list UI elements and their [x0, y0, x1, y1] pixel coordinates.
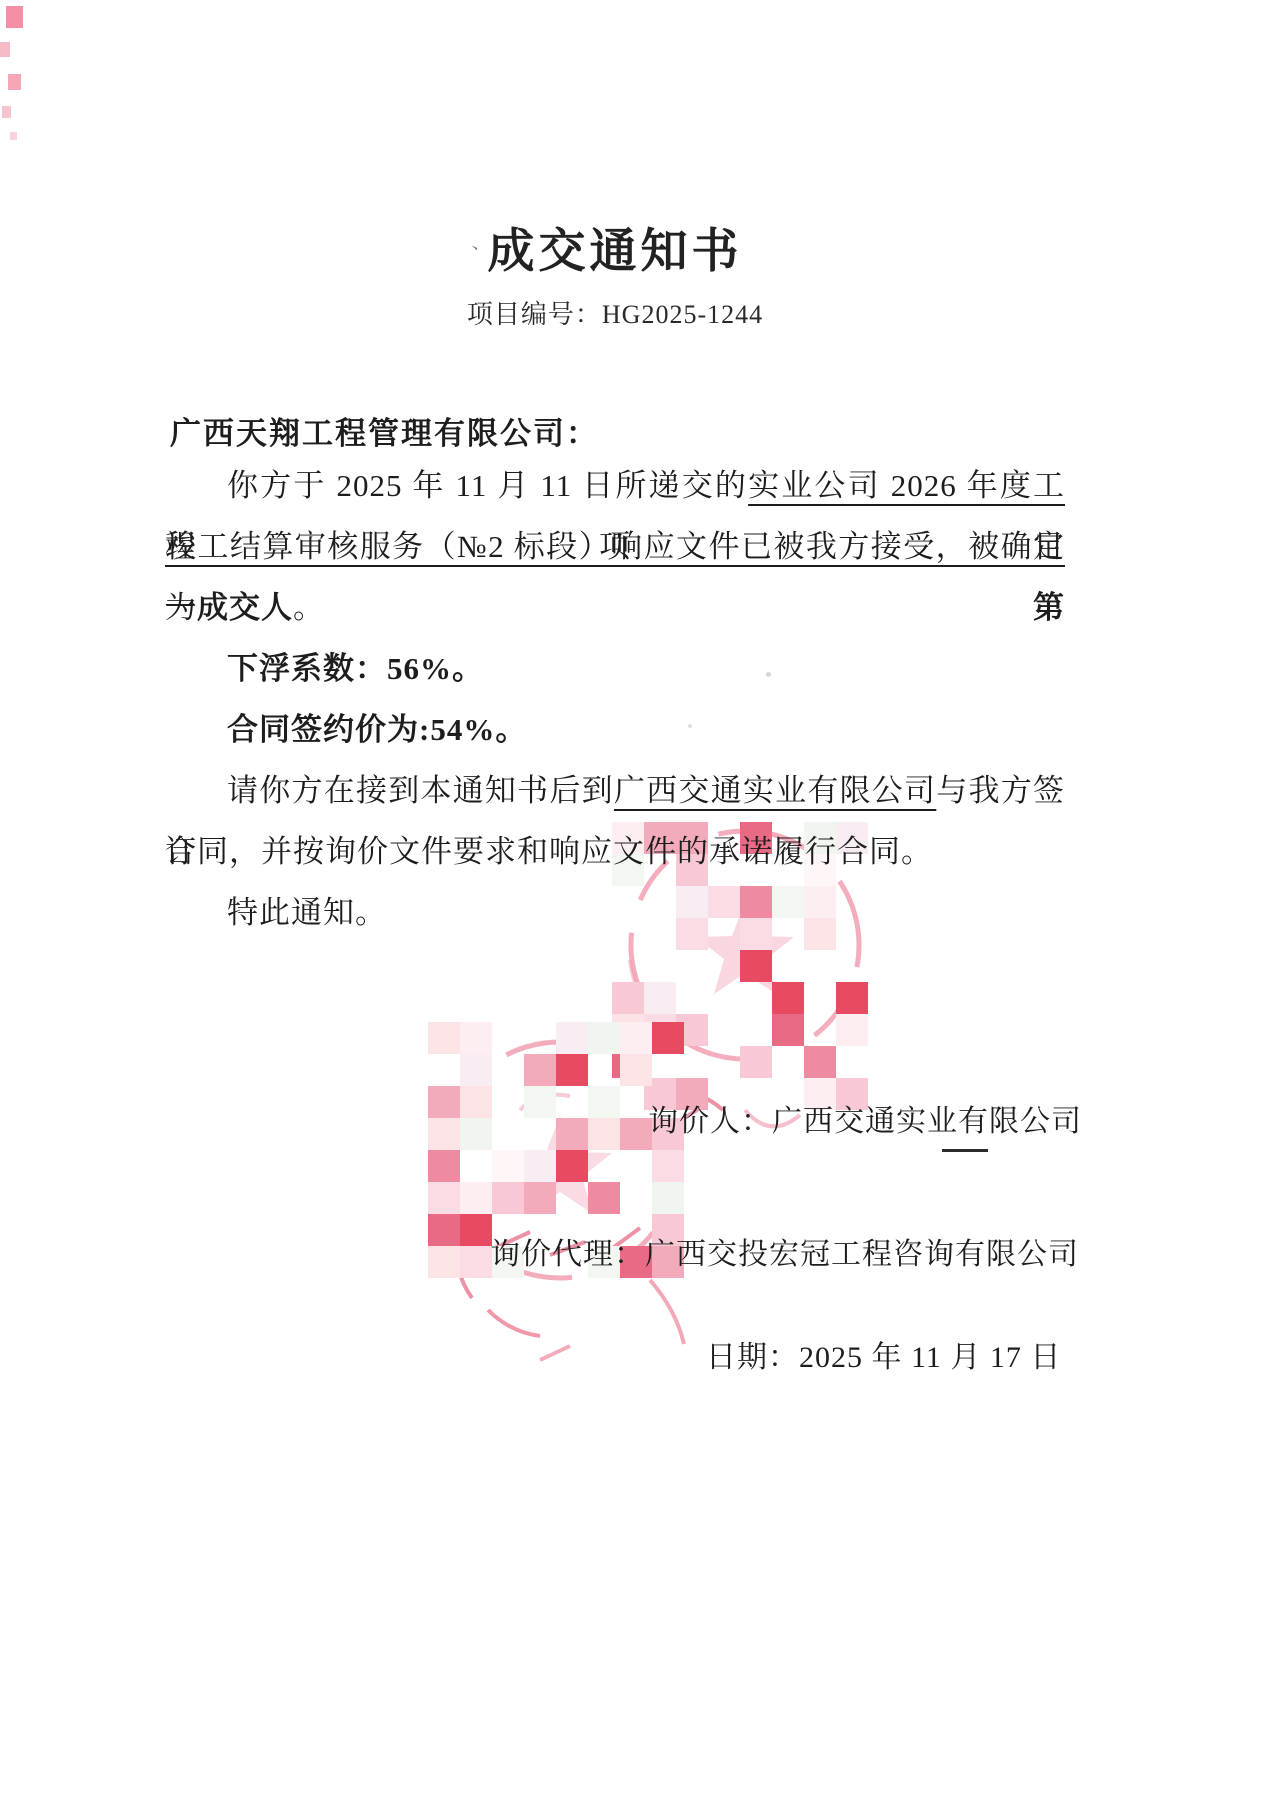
mosaic-pixel	[428, 1246, 460, 1278]
mosaic-pixel	[652, 1182, 684, 1214]
mosaic-pixel	[492, 1150, 524, 1182]
underlined-text: 广西交通实业有限公司	[614, 773, 936, 808]
agent-name: 广西交投宏冠工程咨询有限公司	[645, 1238, 1079, 1271]
mosaic-pixel	[652, 1150, 684, 1182]
mosaic-pixel	[740, 1046, 772, 1078]
mosaic-pixel	[588, 1118, 620, 1150]
body-text: 。	[293, 590, 325, 625]
mosaic-pixel	[460, 1246, 492, 1278]
inquirer-signature-line: 询价人：广西交通实业有限公司	[648, 1096, 1082, 1140]
mosaic-pixel	[428, 1118, 460, 1150]
project-number-label: 项目编号：	[467, 300, 602, 329]
body-line: 你方于 2025 年 11 月 11 日所递交的实业公司 2026 年度工程项目	[165, 455, 1065, 516]
recipient-company: 广西天翔工程管理有限公司：	[170, 408, 599, 453]
mosaic-pixel	[524, 1182, 556, 1214]
mosaic-pixel	[460, 1118, 492, 1150]
document-title: 成交通知书	[165, 214, 1065, 281]
mosaic-pixel	[588, 1022, 620, 1054]
signature-underline-mark	[942, 1149, 988, 1152]
mosaic-pixel	[428, 1022, 460, 1054]
mosaic-pixel	[588, 1182, 620, 1214]
inquirer-name: 广西交通实业有限公司	[772, 1105, 1082, 1138]
scan-artifact-mark	[2, 106, 11, 118]
mosaic-pixel	[740, 950, 772, 982]
mosaic-pixel	[620, 1022, 652, 1054]
agent-label: 询价代理：	[490, 1238, 645, 1271]
scan-artifact-mark	[6, 6, 23, 28]
mosaic-pixel	[524, 1150, 556, 1182]
mosaic-pixel	[556, 1150, 588, 1182]
body-text: 合同签约价为:54%。	[227, 712, 527, 747]
mosaic-pixel	[620, 1054, 652, 1086]
mosaic-pixel	[836, 1014, 868, 1046]
body-text: 一成交人	[165, 590, 293, 625]
scanned-document-page: 、 成交通知书 项目编号：HG2025-1244 广西天翔工程管理有限公司： 你…	[0, 0, 1279, 1809]
body-line: 下浮系数：56%。	[165, 638, 1065, 699]
body-text: 第	[1033, 590, 1065, 625]
mosaic-pixel	[460, 1086, 492, 1118]
body-text: 下浮系数：56%。	[227, 651, 484, 686]
agent-signature-line: 询价代理：广西交投宏冠工程咨询有限公司	[490, 1229, 1079, 1273]
body-line: 合同签约价为:54%。	[165, 699, 1065, 760]
mosaic-pixel	[556, 1022, 588, 1054]
mosaic-pixel	[836, 982, 868, 1014]
date-value: 2025 年 11 月 17 日	[799, 1341, 1061, 1374]
project-number-line: 项目编号：HG2025-1244	[165, 294, 1065, 331]
mosaic-pixel	[428, 1182, 460, 1214]
mosaic-pixel	[428, 1214, 460, 1246]
mosaic-pixel	[588, 1086, 620, 1118]
date-label: 日期：	[706, 1341, 799, 1374]
mosaic-pixel	[460, 1214, 492, 1246]
mosaic-pixel	[644, 982, 676, 1014]
body-paragraphs: 你方于 2025 年 11 月 11 日所递交的实业公司 2026 年度工程项目…	[165, 455, 1065, 943]
mosaic-pixel	[556, 1054, 588, 1086]
mosaic-pixel	[524, 1086, 556, 1118]
scan-artifact-mark	[0, 42, 10, 57]
body-line: 合同，并按询价文件要求和响应文件的承诺履行合同。	[165, 821, 1065, 882]
body-line: 特此通知。	[165, 882, 1065, 943]
mosaic-pixel	[804, 1046, 836, 1078]
body-text: 请你方在接到本通知书后到	[227, 773, 614, 808]
mosaic-pixel	[492, 1182, 524, 1214]
scan-artifact-mark	[8, 74, 21, 90]
scan-artifact-mark	[10, 132, 17, 140]
mosaic-pixel	[460, 1054, 492, 1086]
body-line: 竣工结算审核服务（№2 标段）响应文件已被我方接受，被确定为第	[165, 516, 1065, 577]
date-line: 日期：2025 年 11 月 17 日	[706, 1332, 1061, 1376]
mosaic-pixel	[556, 1118, 588, 1150]
mosaic-pixel	[772, 1014, 804, 1046]
mosaic-pixel	[428, 1150, 460, 1182]
mosaic-pixel	[460, 1182, 492, 1214]
mosaic-pixel	[428, 1086, 460, 1118]
underlined-text: 竣工结算审核服务（№2 标段）	[165, 529, 611, 564]
mosaic-pixel	[524, 1054, 556, 1086]
mosaic-pixel	[772, 982, 804, 1014]
mosaic-pixel	[652, 1022, 684, 1054]
inquirer-label: 询价人：	[648, 1105, 772, 1138]
mosaic-pixel	[460, 1022, 492, 1054]
body-text: 特此通知。	[227, 895, 387, 930]
body-line: 请你方在接到本通知书后到广西交通实业有限公司与我方签订	[165, 760, 1065, 821]
body-text: 你方于 2025 年 11 月 11 日所递交的	[227, 468, 748, 503]
project-number-value: HG2025-1244	[602, 300, 763, 329]
body-text: 合同，并按询价文件要求和响应文件的承诺履行合同。	[165, 834, 933, 869]
mosaic-pixel	[612, 982, 644, 1014]
